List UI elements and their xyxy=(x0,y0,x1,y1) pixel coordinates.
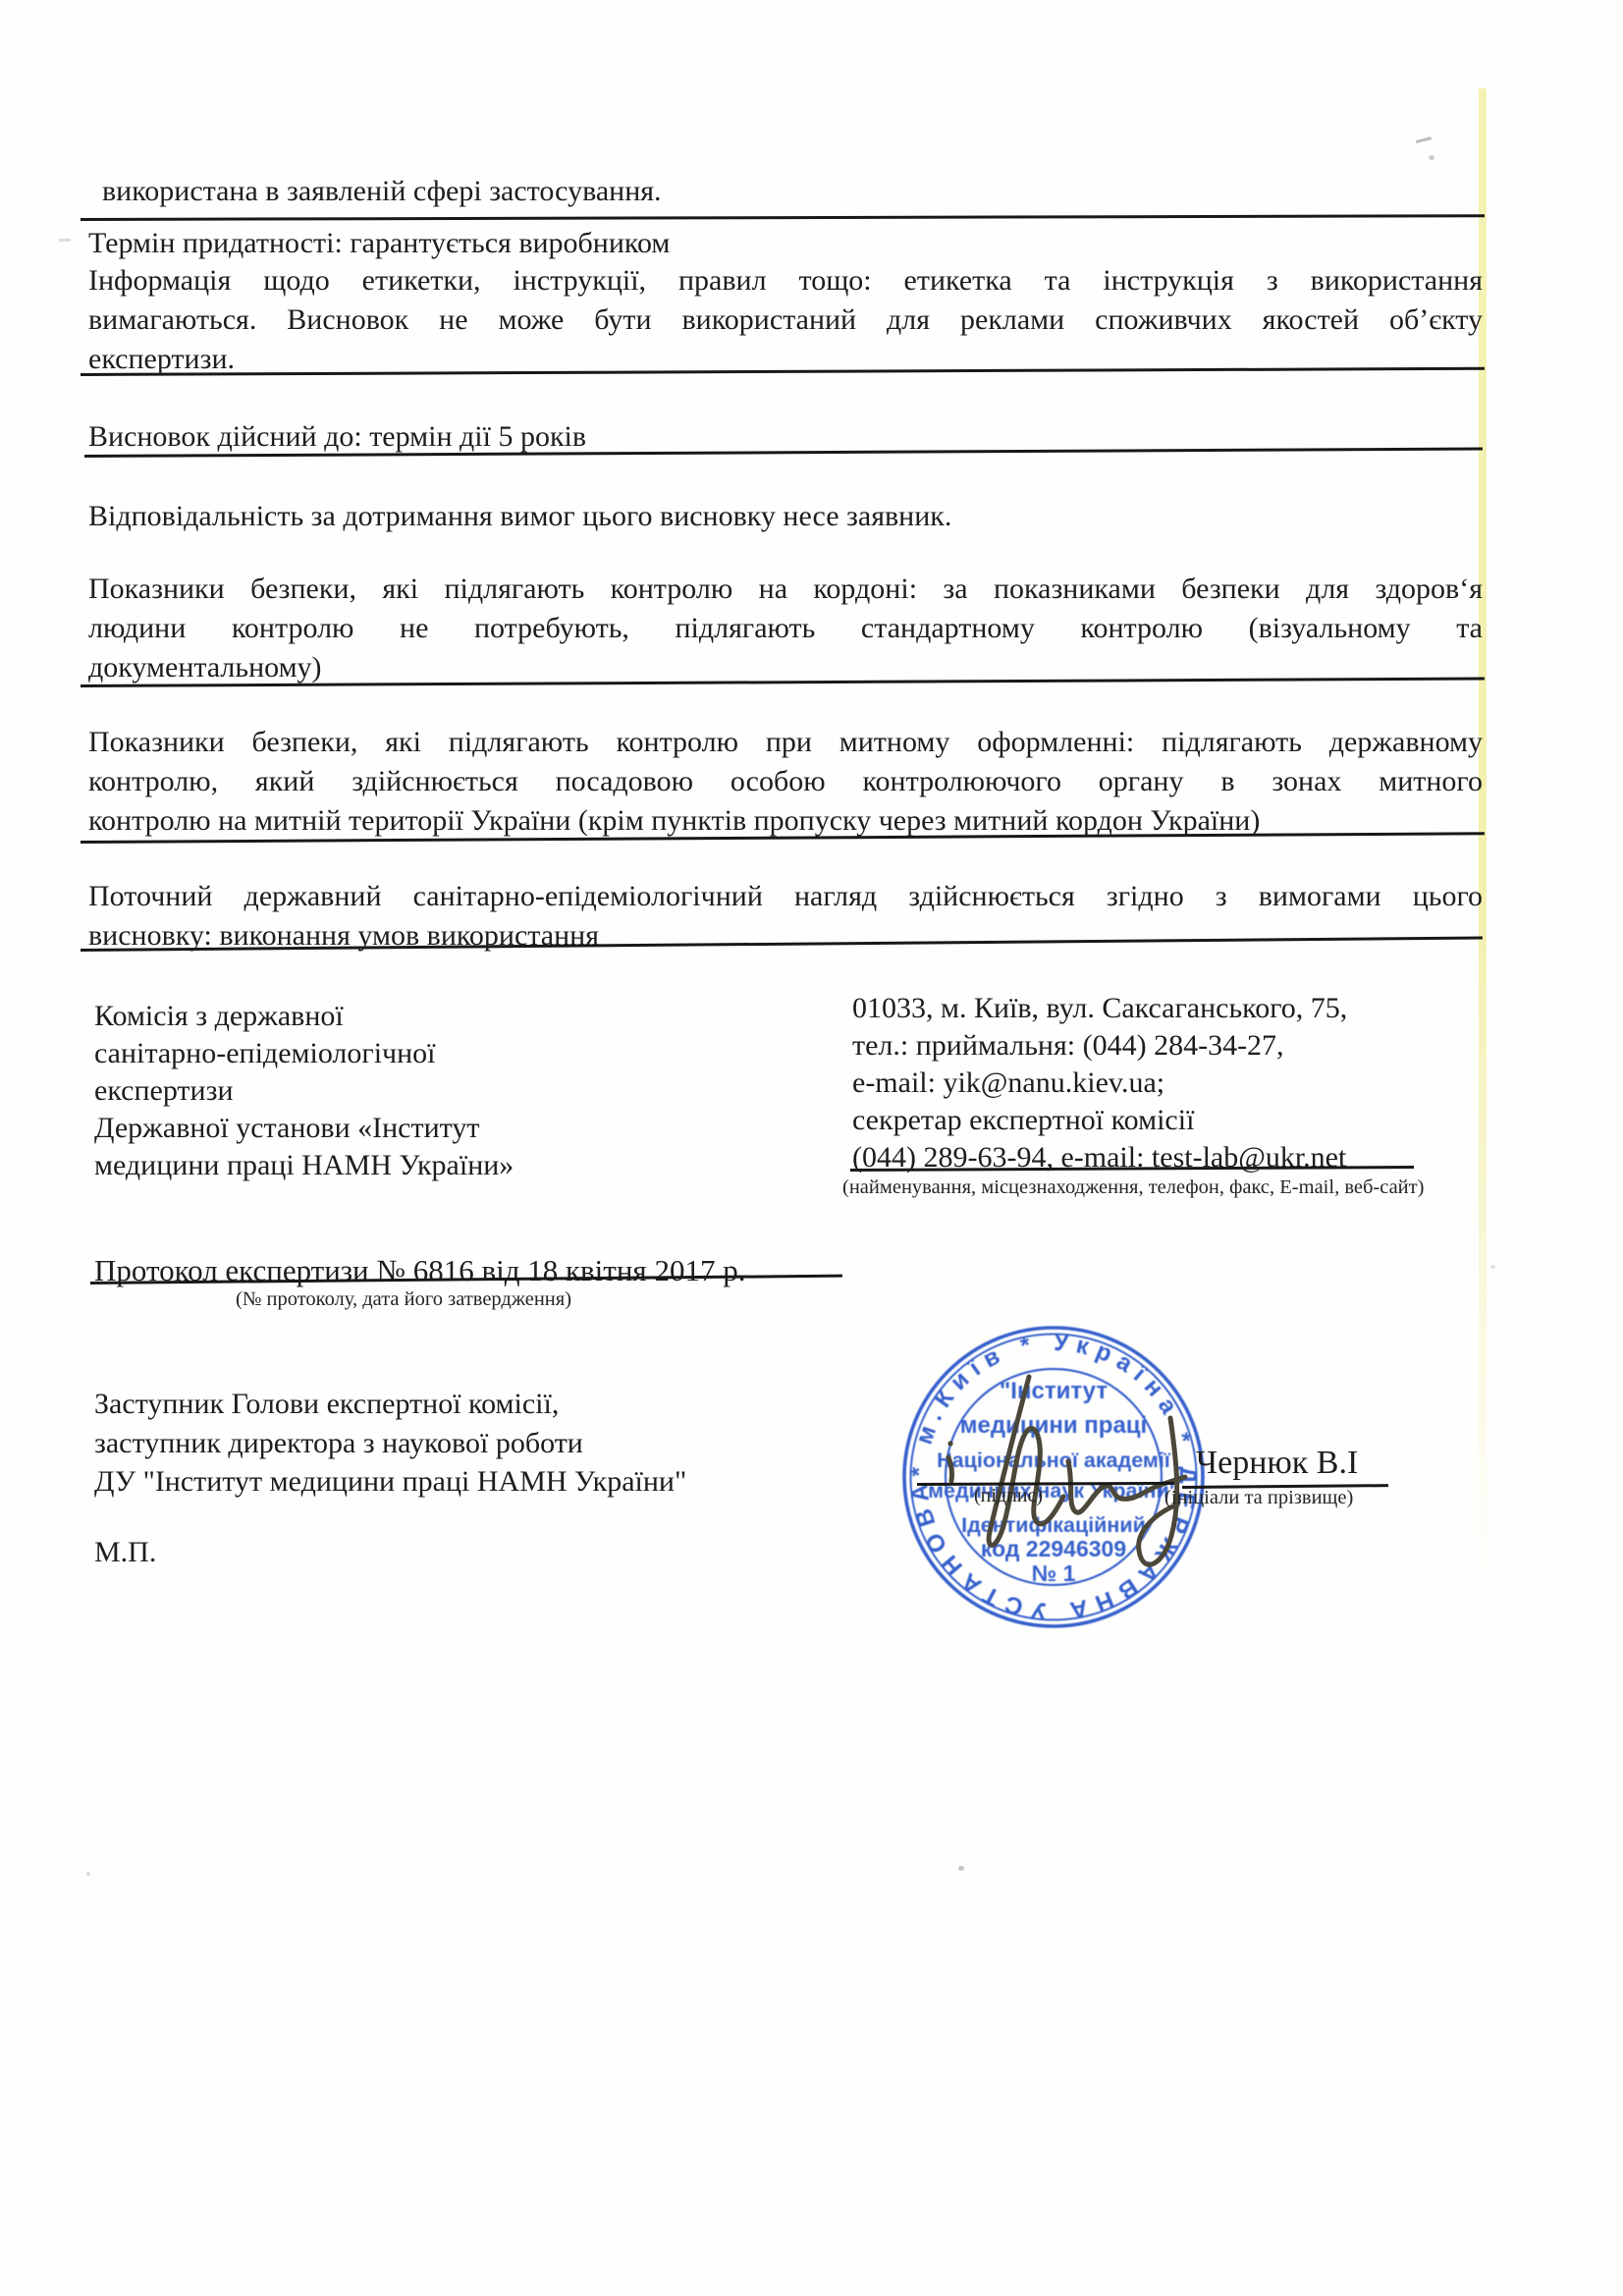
text-line: Відповідальність за дотримання вимог цьо… xyxy=(88,497,1483,536)
text-line: медицини праці НАМН України» xyxy=(94,1147,585,1184)
protocol-caption: (№ протоколу, дата його затвердження) xyxy=(236,1288,571,1311)
text-line: документальному) xyxy=(88,648,1483,687)
text-line: Інформація щодо етикетки, інструкції, пр… xyxy=(88,261,1483,301)
scan-speck xyxy=(86,1872,90,1876)
scan-speck xyxy=(1429,155,1434,160)
paragraph-shelf-life: Термін придатності: гарантується виробни… xyxy=(88,224,1483,263)
name-caption: (ініціали та прізвище) xyxy=(1164,1487,1353,1509)
text-line: контролю, який здійснюється посадовою ос… xyxy=(88,762,1483,801)
scan-mark xyxy=(1416,137,1432,143)
protocol-line: Протокол експертизи № 6816 від 18 квітня… xyxy=(94,1251,745,1290)
commission-name-block: Комісія з державної санітарно-епідеміоло… xyxy=(94,998,585,1184)
text-line: заступник директора з наукової роботи xyxy=(94,1424,782,1463)
scan-speck xyxy=(958,1866,964,1871)
signature-caption: (підпис) xyxy=(974,1485,1043,1507)
email-line: e-mail: yik@nanu.kiev.ua; xyxy=(852,1065,1441,1102)
text-line: контролю на митній території України (кр… xyxy=(88,801,1483,841)
text-line: Заступник Голови експертної комісії, xyxy=(94,1385,782,1424)
text-line: Висновок дійсний до: термін дії 5 років xyxy=(88,417,1483,457)
text-line: використана в заявленій сфері застосуван… xyxy=(102,172,1483,211)
scan-mark xyxy=(59,239,71,242)
paragraph-border-control: Показники безпеки, які підлягають контро… xyxy=(88,570,1483,687)
commission-contact-block: 01033, м. Київ, вул. Саксаганського, 75,… xyxy=(852,990,1441,1176)
paragraph-customs-control: Показники безпеки, які підлягають контро… xyxy=(88,723,1483,841)
seal-mark: М.П. xyxy=(94,1536,156,1569)
signature-strokes xyxy=(913,1334,1208,1618)
paragraph-surveillance: Поточний державний санітарно-епідеміолог… xyxy=(88,877,1483,956)
divider-rule xyxy=(81,214,1485,221)
text-line: експертизи xyxy=(94,1072,585,1110)
text-line: ДУ "Інститут медицини праці НАМН України… xyxy=(94,1462,782,1502)
handwritten-signature xyxy=(913,1334,1208,1618)
text-line: експертизи. xyxy=(88,340,1483,379)
signatory-name: Чернюк В.І xyxy=(1196,1444,1358,1483)
text-line: Термін придатності: гарантується виробни… xyxy=(88,224,1483,263)
phone-line: тел.: приймальня: (044) 284-34-27, xyxy=(852,1027,1441,1065)
text-line: Показники безпеки, які підлягають контро… xyxy=(88,723,1483,762)
address-line: 01033, м. Київ, вул. Саксаганського, 75, xyxy=(852,990,1441,1027)
text-line: Показники безпеки, які підлягають контро… xyxy=(88,570,1483,609)
text-line: Поточний державний санітарно-епідеміолог… xyxy=(88,877,1483,916)
text-line: Комісія з державної xyxy=(94,998,585,1035)
paragraph-validity: Висновок дійсний до: термін дії 5 років xyxy=(88,417,1483,457)
paragraph-usage-scope: використана в заявленій сфері застосуван… xyxy=(102,172,1483,211)
paragraph-responsibility: Відповідальність за дотримання вимог цьо… xyxy=(88,497,1483,536)
text-line: вимагаються. Висновок не може бути викор… xyxy=(88,301,1483,340)
text-line: Державної установи «Інститут xyxy=(94,1110,585,1147)
text-line: санітарно-епідеміологічної xyxy=(94,1035,585,1072)
text-line: людини контролю не потребують, підлягают… xyxy=(88,609,1483,648)
scan-speck xyxy=(1490,1265,1495,1269)
signatory-title-block: Заступник Голови експертної комісії, зас… xyxy=(94,1385,782,1502)
paragraph-labeling-info: Інформація щодо етикетки, інструкції, пр… xyxy=(88,261,1483,379)
secretary-contact-line: (044) 289-63-94, e-mail: test-lab@ukr.ne… xyxy=(852,1139,1441,1176)
text-line: висновку: виконання умов використання xyxy=(88,916,1483,956)
contact-caption: (найменування, місцезнаходження, телефон… xyxy=(842,1176,1490,1199)
secretary-line: секретар експертної комісії xyxy=(852,1102,1441,1139)
